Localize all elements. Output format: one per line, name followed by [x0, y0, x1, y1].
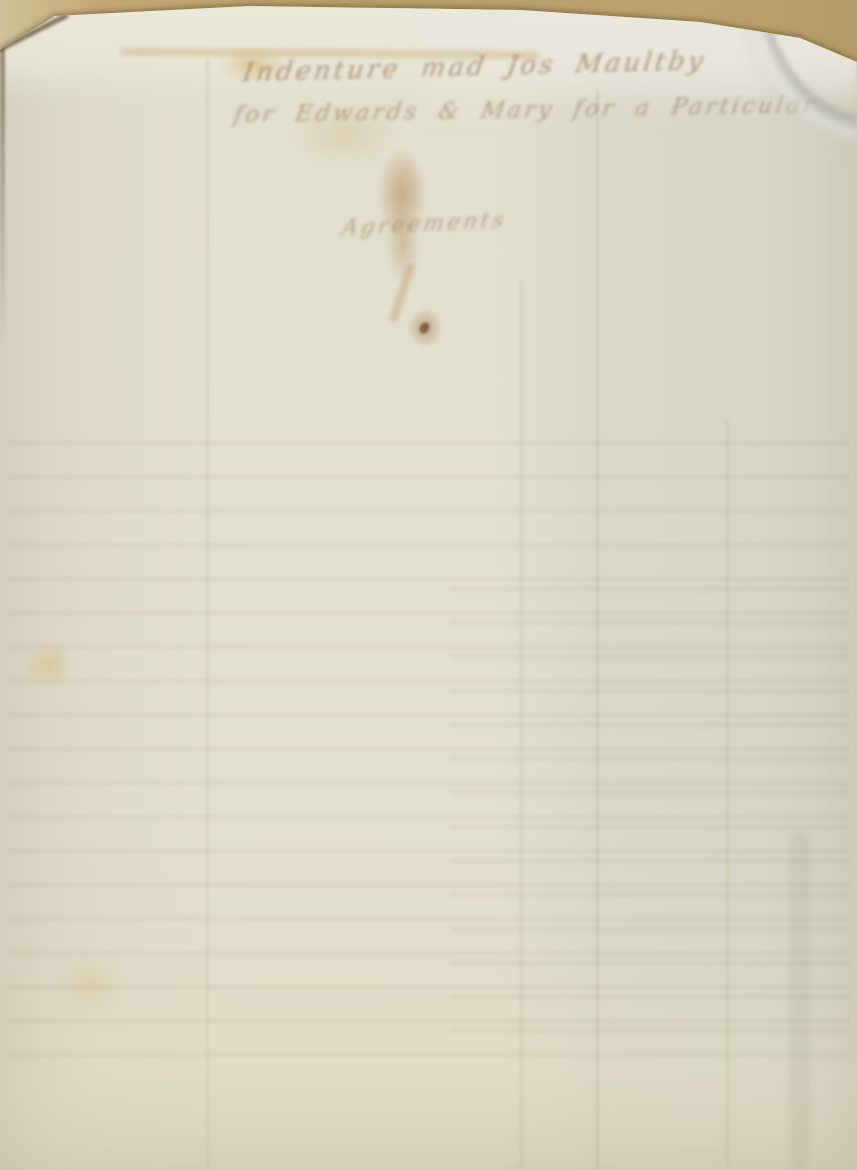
fold-crease-left: [206, 60, 209, 1170]
fold-crease-centerleft: [520, 280, 523, 1170]
parchment-page-wrap: Indenture mad Jos Maultby for Edwards & …: [0, 0, 857, 1170]
grey-streak-bottom-right: [790, 830, 810, 1170]
ink-bleedthrough-lines: [10, 415, 850, 1065]
top-left-corner-shadow: [0, 13, 69, 53]
yellow-stain-bottom-left: [22, 642, 74, 688]
yellow-stain-left-lower: [55, 955, 125, 1015]
fold-crease-right: [726, 420, 729, 1170]
manuscript-photo: Indenture mad Jos Maultby for Edwards & …: [0, 0, 857, 1170]
ink-bleedthrough-lines-right: [450, 560, 850, 1060]
stain-blotch: [408, 308, 442, 348]
stain-blotch-core: [418, 321, 432, 336]
page-curl-top-right: [707, 0, 857, 240]
handwriting-endorsement-line2: for Edwards & Mary for a Particular: [232, 92, 819, 128]
handwriting-docket-word: Agreements: [340, 207, 508, 241]
stain-drip-trail: [389, 262, 416, 323]
handwriting-endorsement-line1: Indenture mad Jos Maultby: [241, 46, 708, 88]
fold-crease-center: [596, 90, 599, 1170]
parchment-page: Indenture mad Jos Maultby for Edwards & …: [0, 0, 857, 1170]
left-edge-shadow: [0, 42, 5, 342]
